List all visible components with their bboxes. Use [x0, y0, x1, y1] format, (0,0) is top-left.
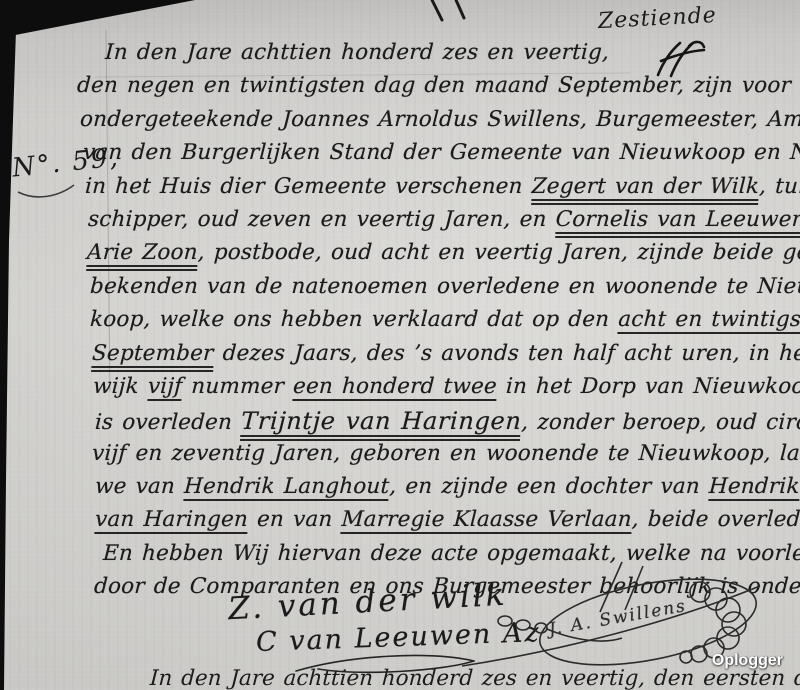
- text-segment: koop, welke ons hebben verklaard dat op …: [89, 307, 619, 332]
- text-segment: , zonder beroep, oud circa: [521, 410, 800, 435]
- act-line-8: bekenden van de natenoemen overledene en…: [89, 274, 800, 307]
- act-line-5: in het Huis dier Gemeente verschenen Zeg…: [84, 174, 800, 207]
- oplogger-watermark: Oplogger: [712, 652, 783, 670]
- text-segment: in het Huis dier Gemeente verschenen: [84, 174, 532, 199]
- act-body-text: In den Jare achttien honderd zes en veer…: [76, 40, 800, 608]
- text-segment: ondergeteekende Joannes Arnoldus Swillen…: [79, 107, 800, 132]
- death-month: September: [91, 341, 214, 372]
- text-segment: is overleden: [94, 410, 242, 435]
- act-line-3: ondergeteekende Joannes Arnoldus Swillen…: [79, 107, 800, 140]
- text-segment: en van: [247, 507, 342, 532]
- next-act-first-line: In den Jare achttien honderd zes en veer…: [149, 666, 800, 690]
- act-line-7: Arie Zoon, postbode, oud acht en veertig…: [86, 240, 800, 273]
- act-line-16: En hebben Wij hiervan deze acte opgemaak…: [102, 541, 800, 574]
- page-top-stroke-marks: [432, 0, 464, 20]
- mother-name: Marregie Klaasse Verlaan: [341, 507, 633, 534]
- father-name-part1: Hendrik: [708, 474, 800, 501]
- text-segment: , en zijnde een dochter van: [389, 474, 710, 499]
- deceased-name: Trijntje van Haringen: [240, 407, 522, 441]
- father-name-part2: van Haringen: [94, 507, 248, 534]
- act-line-15: van Haringen en van Marregie Klaasse Ver…: [94, 507, 800, 540]
- text-segment: schipper, oud zeven en veertig Jaren, en: [87, 207, 556, 232]
- text-segment: , turf-: [759, 174, 800, 199]
- text-segment: we van: [94, 474, 184, 499]
- act-line-14: we van Hendrik Langhout, en zijnde een d…: [94, 474, 800, 507]
- act-line-10: September dezes Jaars, des ’s avonds ten…: [91, 341, 800, 374]
- text-segment: dezes Jaars, des ’s avonds ten half acht…: [213, 341, 800, 366]
- text-segment: van den Burgerlijken Stand der Gemeente …: [82, 140, 800, 165]
- text-segment: nummer: [182, 374, 294, 399]
- house-wijk: vijf: [147, 374, 183, 401]
- declarant-1-name: Zegert van der Wilk: [531, 174, 760, 205]
- act-line-13: vijf en zeventig Jaren, geboren en woone…: [91, 441, 800, 474]
- house-number: een honderd twee: [292, 374, 497, 401]
- scan-edge-top-left: [0, 0, 195, 38]
- death-day: acht en twintigsten: [618, 307, 800, 334]
- act-line-9: koop, welke ons hebben verklaard dat op …: [89, 307, 800, 340]
- text-segment: , beide overleden: [631, 507, 800, 532]
- act-line-12: is overleden Trijntje van Haringen, zond…: [94, 407, 800, 440]
- declarant-2-name: Cornelis van Leeuwen: [555, 207, 800, 238]
- act-line-11: wijk vijf nummer een honderd twee in het…: [92, 374, 800, 407]
- declarant-2-patronym: Arie Zoon: [86, 240, 198, 271]
- scan-edge-left: [0, 0, 16, 690]
- text-segment: bekenden van de natenoemen overledene en…: [89, 274, 800, 299]
- act-number-swash: [18, 185, 74, 197]
- act-line-6: schipper, oud zeven en veertig Jaren, en…: [87, 207, 800, 240]
- text-segment: in het Dorp van Nieuwkoop: [496, 374, 800, 399]
- text-segment: In den Jare achttien honderd zes en veer…: [104, 40, 609, 65]
- act-sequence-label: Zestiende: [597, 3, 717, 34]
- text-segment: , postbode, oud acht en veertig Jaren, z…: [197, 240, 800, 265]
- spouse-name: Hendrik Langhout: [183, 474, 390, 501]
- text-segment: den negen en twintigsten dag den maand S…: [76, 73, 800, 98]
- act-line-4: van den Burgerlijken Stand der Gemeente …: [82, 140, 800, 173]
- text-segment: vijf en zeventig Jaren, geboren en woone…: [91, 441, 800, 466]
- act-line-1: In den Jare achttien honderd zes en veer…: [104, 40, 800, 73]
- act-line-2: den negen en twintigsten dag den maand S…: [76, 73, 800, 106]
- text-segment: wijk: [92, 374, 148, 399]
- text-segment: En hebben Wij hiervan deze acte opgemaak…: [102, 541, 800, 566]
- scanned-death-record-page: Zestiende N°. 59, In den Jare achttien h…: [0, 0, 800, 690]
